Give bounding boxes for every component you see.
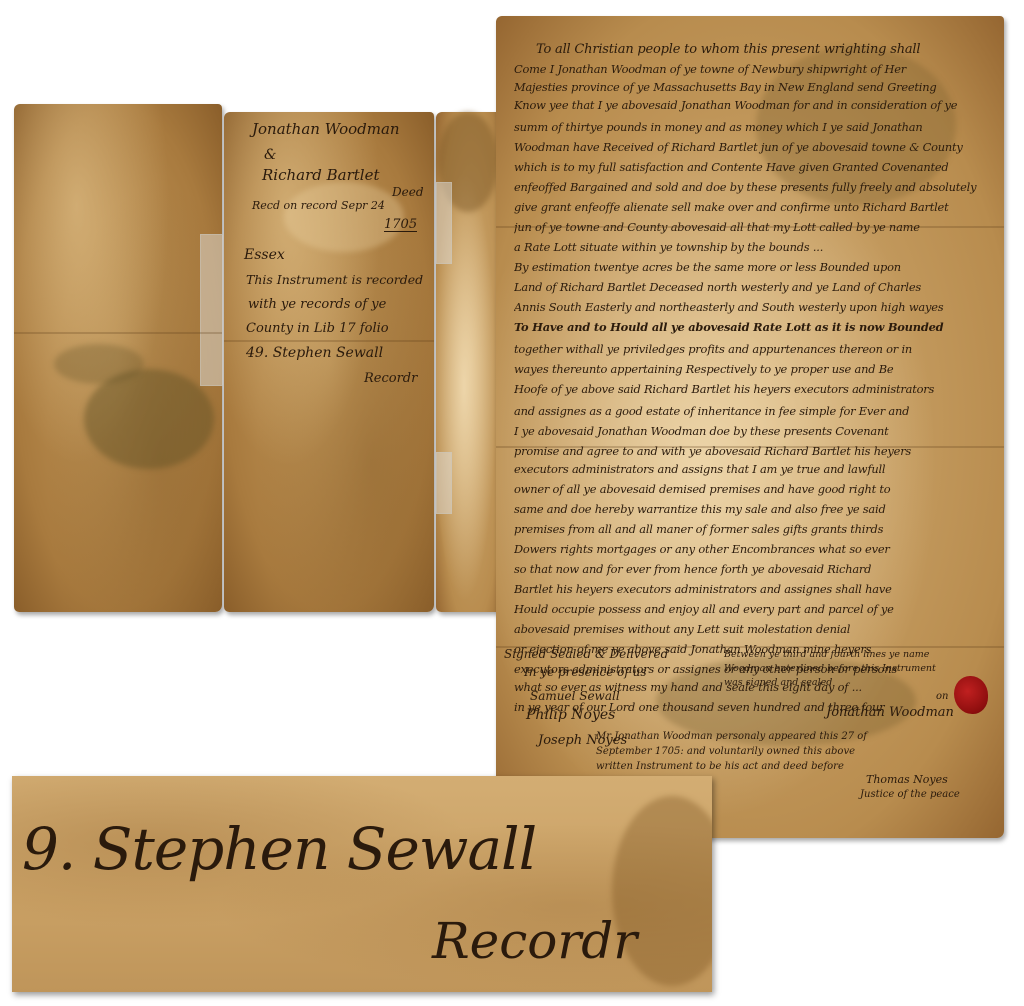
deed-text-line: wayes thereunto appertaining Respectivel… <box>514 362 990 376</box>
deed-text-line: so that now and for ever from hence fort… <box>514 562 990 576</box>
docket-line: Recd on record Sepr 24 <box>252 200 385 211</box>
docket-line: Deed <box>392 186 424 198</box>
record-line: 49. Stephen Sewall <box>246 346 383 360</box>
deed-text-line: Majesties province of ye Massachusetts B… <box>514 80 990 94</box>
docket-year: 1705 <box>384 218 417 232</box>
deed-text-line: same and doe hereby warrantize this my s… <box>514 502 990 516</box>
interlineation-note: Between ye third and fourth lines ye nam… <box>724 650 929 660</box>
deed-text-line: and assignes as a good estate of inherit… <box>514 404 990 418</box>
deed-text-line: a Rate Lott situate within ye township b… <box>514 240 990 254</box>
repair-tape <box>200 234 224 386</box>
deed-text-line: which is to my full satisfaction and Con… <box>514 160 990 174</box>
interlineation-note: Woodman enterlined before this Instrumen… <box>724 664 936 674</box>
wax-seal <box>954 676 988 714</box>
deed-text-line: Hoofe of ye above said Richard Bartlet h… <box>514 382 990 396</box>
deed-text-line: Annis South Easterly and northeasterly a… <box>514 300 990 314</box>
acknowledgment-line: Mr Jonathan Woodman personaly appeared t… <box>596 732 867 742</box>
deed-text-line: abovesaid premises without any Lett suit… <box>514 622 990 636</box>
repair-tape <box>436 182 452 264</box>
acknowledgment-line: September 1705: and voluntarily owned th… <box>596 747 855 757</box>
docket-line: & <box>264 148 276 162</box>
record-line: Recordr <box>364 372 417 385</box>
deed-text-line: enfeoffed Bargained and sold and doe by … <box>514 180 990 194</box>
docket-leaf-panel: Jonathan Woodman & Richard Bartlet Deed … <box>224 112 434 612</box>
deed-text-line: together withall ye priviledges profits … <box>514 342 990 356</box>
deed-text-line: Hould occupie possess and enjoy all and … <box>514 602 990 616</box>
record-line: County in Lib 17 folio <box>246 322 389 335</box>
justice-signature: Thomas Noyes <box>866 774 948 785</box>
recorder-signature-enlarged: 9. Stephen Sewall <box>22 820 536 878</box>
deed-sheet: To all Christian people to whom this pre… <box>496 16 1004 838</box>
deed-text-line: executors administrators and assigns tha… <box>514 462 990 476</box>
recorder-title-enlarged: Recordr <box>432 916 637 966</box>
witness-signature: Philip Noyes <box>526 708 615 722</box>
grantor-signature: Jonathan Woodman <box>826 706 954 719</box>
blank-leaf-panel <box>14 104 222 612</box>
deed-text-line: To Have and to Hould all ye abovesaid Ra… <box>514 320 990 334</box>
deed-text-line: To all Christian people to whom this pre… <box>536 42 990 57</box>
deed-text-line: promise and agree to and with ye abovesa… <box>514 444 990 458</box>
seal-label: on <box>936 692 948 702</box>
fold-crease <box>14 332 222 334</box>
deed-text-line: jun of ye towne and County abovesaid all… <box>514 220 990 234</box>
water-stain <box>84 369 214 469</box>
deed-text-line: owner of all ye abovesaid demised premis… <box>514 482 990 496</box>
deed-text-line: Come I Jonathan Woodman of ye towne of N… <box>514 62 990 76</box>
deed-text-line: give grant enfeoffe alienate sell make o… <box>514 200 990 214</box>
deed-text-line: summ of thirtye pounds in money and as m… <box>514 120 990 134</box>
repair-tape <box>436 452 452 514</box>
acknowledgment-line: written Instrument to be his act and dee… <box>596 762 844 772</box>
record-line: This Instrument is recorded <box>246 274 423 287</box>
docket-line: Richard Bartlet <box>262 168 380 183</box>
fold-crease <box>224 340 434 342</box>
deed-text-line: Land of Richard Bartlet Deceased north w… <box>514 280 990 294</box>
water-stain <box>54 344 144 384</box>
presence-label: In ye presence of us <box>524 666 647 678</box>
witness-signature: Samuel Sewall <box>530 690 620 702</box>
deed-text-line: Know yee that I ye abovesaid Jonathan Wo… <box>514 98 990 112</box>
deed-text-line: Dowers rights mortgages or any other Enc… <box>514 542 990 556</box>
deed-text-line: Bartlet his heyers executors administrat… <box>514 582 990 596</box>
record-line: with ye records of ye <box>248 298 386 311</box>
docket-line: Jonathan Woodman <box>252 122 400 137</box>
record-line: Essex <box>244 248 285 262</box>
deed-text-line: premises from all and all maner of forme… <box>514 522 990 536</box>
justice-title: Justice of the peace <box>860 790 960 800</box>
interlineation-note: was signed and sealed <box>724 678 832 688</box>
deed-text-line: I ye abovesaid Jonathan Woodman doe by t… <box>514 424 990 438</box>
deed-text-line: By estimation twentye acres be the same … <box>514 260 990 274</box>
signature-closeup-inset: 9. Stephen Sewall Recordr <box>12 776 712 992</box>
signed-sealed-label: Signed Sealed & Delivered <box>504 648 668 660</box>
deed-text-line: Woodman have Received of Richard Bartlet… <box>514 140 990 154</box>
